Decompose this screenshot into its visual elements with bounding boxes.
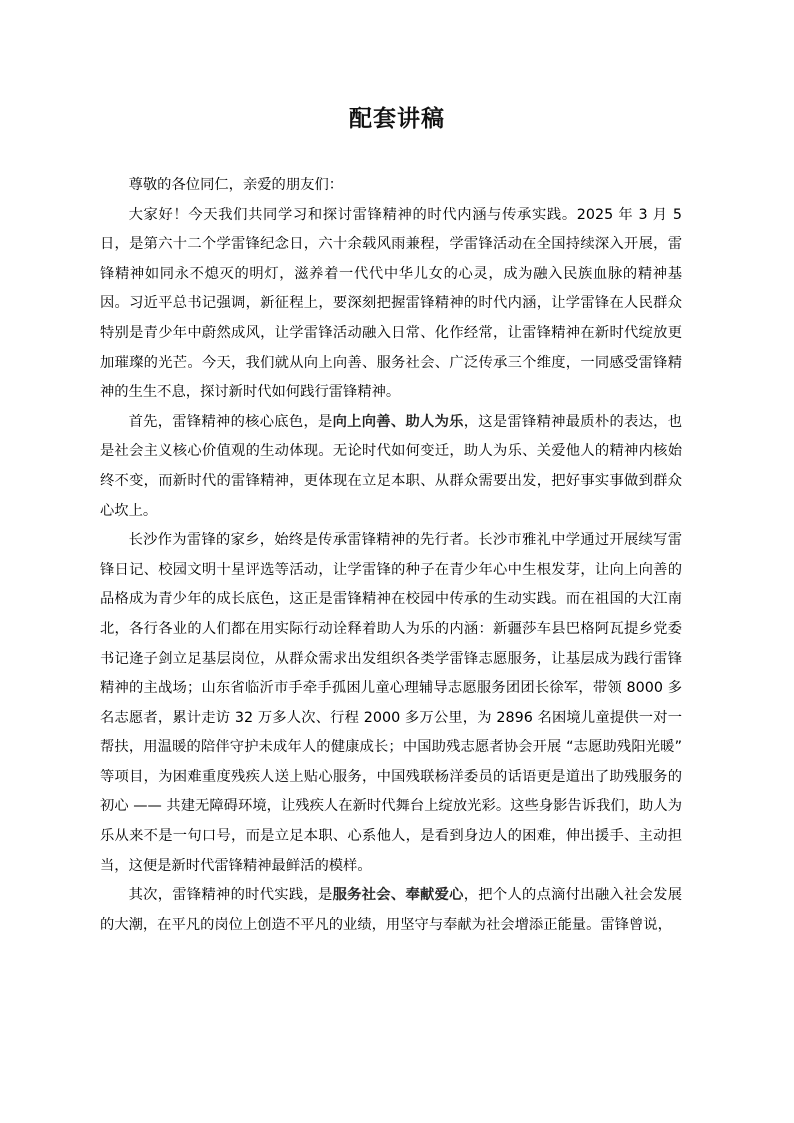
paragraph-text: 其次，雷锋精神的时代实践，是 xyxy=(129,887,333,903)
document-title: 配套讲稿 xyxy=(0,100,794,133)
paragraph-intro: 大家好！今天我们共同学习和探讨雷锋精神的时代内涵与传承实践。2025 年 3 月… xyxy=(100,201,682,408)
paragraph-first-point: 首先，雷锋精神的核心底色，是向上向善、助人为乐，这是雷锋精神最质朴的表达，也是社… xyxy=(100,408,682,526)
emphasis-phrase: 向上向善、助人为乐 xyxy=(333,414,464,430)
emphasis-phrase: 服务社会、奉献爱心 xyxy=(333,887,464,903)
greeting: 尊敬的各位同仁，亲爱的朋友们： xyxy=(100,171,682,201)
paragraph-examples: 长沙作为雷锋的家乡，始终是传承雷锋精神的先行者。长沙市雅礼中学通过开展续写雷锋日… xyxy=(100,526,682,881)
document-body: 尊敬的各位同仁，亲爱的朋友们： 大家好！今天我们共同学习和探讨雷锋精神的时代内涵… xyxy=(100,171,682,940)
paragraph-text: 首先，雷锋精神的核心底色，是 xyxy=(129,414,333,430)
document-page: 配套讲稿 尊敬的各位同仁，亲爱的朋友们： 大家好！今天我们共同学习和探讨雷锋精神… xyxy=(0,0,794,1123)
paragraph-second-point: 其次，雷锋精神的时代实践，是服务社会、奉献爱心，把个人的点滴付出融入社会发展的大… xyxy=(100,881,682,940)
